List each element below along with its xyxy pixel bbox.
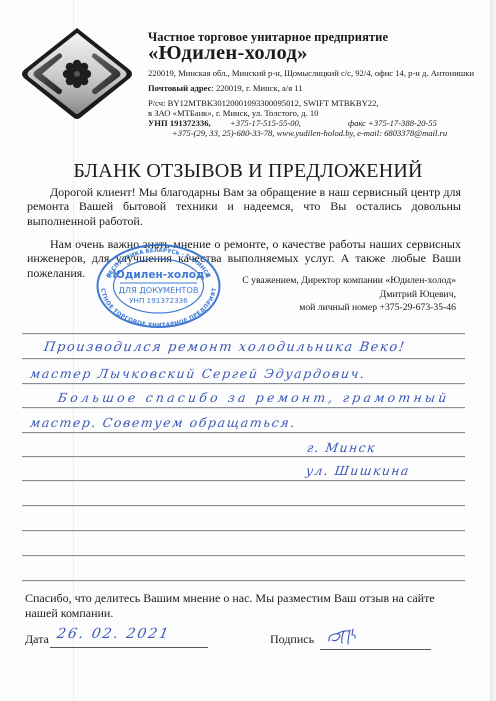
- regards-line: С уважением, Директор компании «Юдилен-х…: [242, 275, 456, 286]
- ruled-line: [22, 432, 465, 433]
- svg-text:«Юдилен-холод»: «Юдилен-холод»: [106, 269, 212, 281]
- intro-paragraph-1: Дорогой клиент! Мы благодарны Вам за обр…: [27, 185, 461, 228]
- diamond-snowflake-logo-icon: [18, 24, 136, 124]
- handwritten-line-2: мастер Лычковский Сергей Эдуардович.: [29, 366, 367, 381]
- ruled-line: [22, 505, 465, 506]
- handwritten-line-5: г. Минск: [306, 440, 377, 455]
- ruled-line: [22, 407, 465, 408]
- ruled-line: [22, 333, 465, 334]
- date-field-line: [50, 647, 208, 648]
- ruled-line: [22, 480, 465, 481]
- handwritten-line-6: ул. Шишкина: [305, 463, 411, 478]
- handwritten-line-1: Производился ремонт холодильника Веко!: [43, 340, 407, 355]
- ruled-line: [22, 530, 465, 531]
- signature-field-line: [320, 649, 431, 650]
- director-name: Дмитрий Юцевич,: [380, 289, 456, 300]
- ruled-line: [22, 383, 465, 384]
- company-stamp-icon: РЕСПУБЛИКА БЕЛАРУСЬ · Г. МИНСК ЧАСТНОЕ Т…: [95, 243, 222, 329]
- phone-number: +375-17-515-55-00,: [230, 118, 301, 128]
- ruled-line: [22, 555, 465, 556]
- thanks-text: Спасибо, что делитесь Вашим мнение о нас…: [25, 591, 465, 620]
- handwritten-signature-icon: [326, 626, 366, 648]
- feedback-form-page: Частное торговое унитарное предприятие «…: [0, 0, 490, 701]
- svg-text:ДЛЯ ДОКУМЕНТОВ: ДЛЯ ДОКУМЕНТОВ: [119, 285, 199, 295]
- date-value: 26. 02. 2021: [56, 626, 172, 642]
- svg-text:УНП 191372336: УНП 191372336: [129, 296, 188, 305]
- contacts-line: +375-(29, 33, 25)-680-33-78, www.yudilen…: [172, 128, 447, 138]
- ruled-line: [22, 358, 465, 359]
- page-edge-shadow: [490, 0, 496, 701]
- postal-value: : 220019, г. Минск, а/я 11: [211, 83, 302, 93]
- intro-paragraph-2: Нам очень важно знать мнение о ремонте, …: [27, 237, 461, 280]
- director-phone: мой личный номер +375-29-673-35-46: [299, 302, 456, 313]
- bank-name: в ЗАО «МТБанк», г. Минск, ул. Толстого, …: [148, 108, 318, 118]
- handwritten-line-3: Большое спасибо за ремонт, грамотный: [57, 390, 451, 405]
- legal-address: 220019, Минская обл., Минский р-н, Щомыс…: [148, 68, 474, 78]
- ruled-line: [22, 456, 465, 457]
- postal-address: Почтовый адрес: 220019, г. Минск, а/я 11: [148, 83, 303, 93]
- fax-number: факс +375-17-388-20-55: [348, 118, 437, 128]
- date-label: Дата: [25, 632, 49, 647]
- ruled-line: [22, 580, 465, 581]
- signature-label: Подпись: [270, 632, 314, 647]
- form-title: БЛАНК ОТЗЫВОВ И ПРЕДЛОЖЕНИЙ: [0, 160, 496, 183]
- unp-phone-fax-row: УНП 191372336, +375-17-515-55-00, факс +…: [148, 118, 478, 128]
- postal-label: Почтовый адрес: [148, 83, 211, 93]
- company-name: «Юдилен-холод»: [148, 42, 308, 65]
- handwritten-line-4: мастер. Советуем обращаться.: [29, 415, 297, 430]
- bank-account: Р/сч: BY12MTBK30120001093300095012, SWIF…: [148, 98, 379, 108]
- unp-number: УНП 191372336,: [148, 118, 211, 128]
